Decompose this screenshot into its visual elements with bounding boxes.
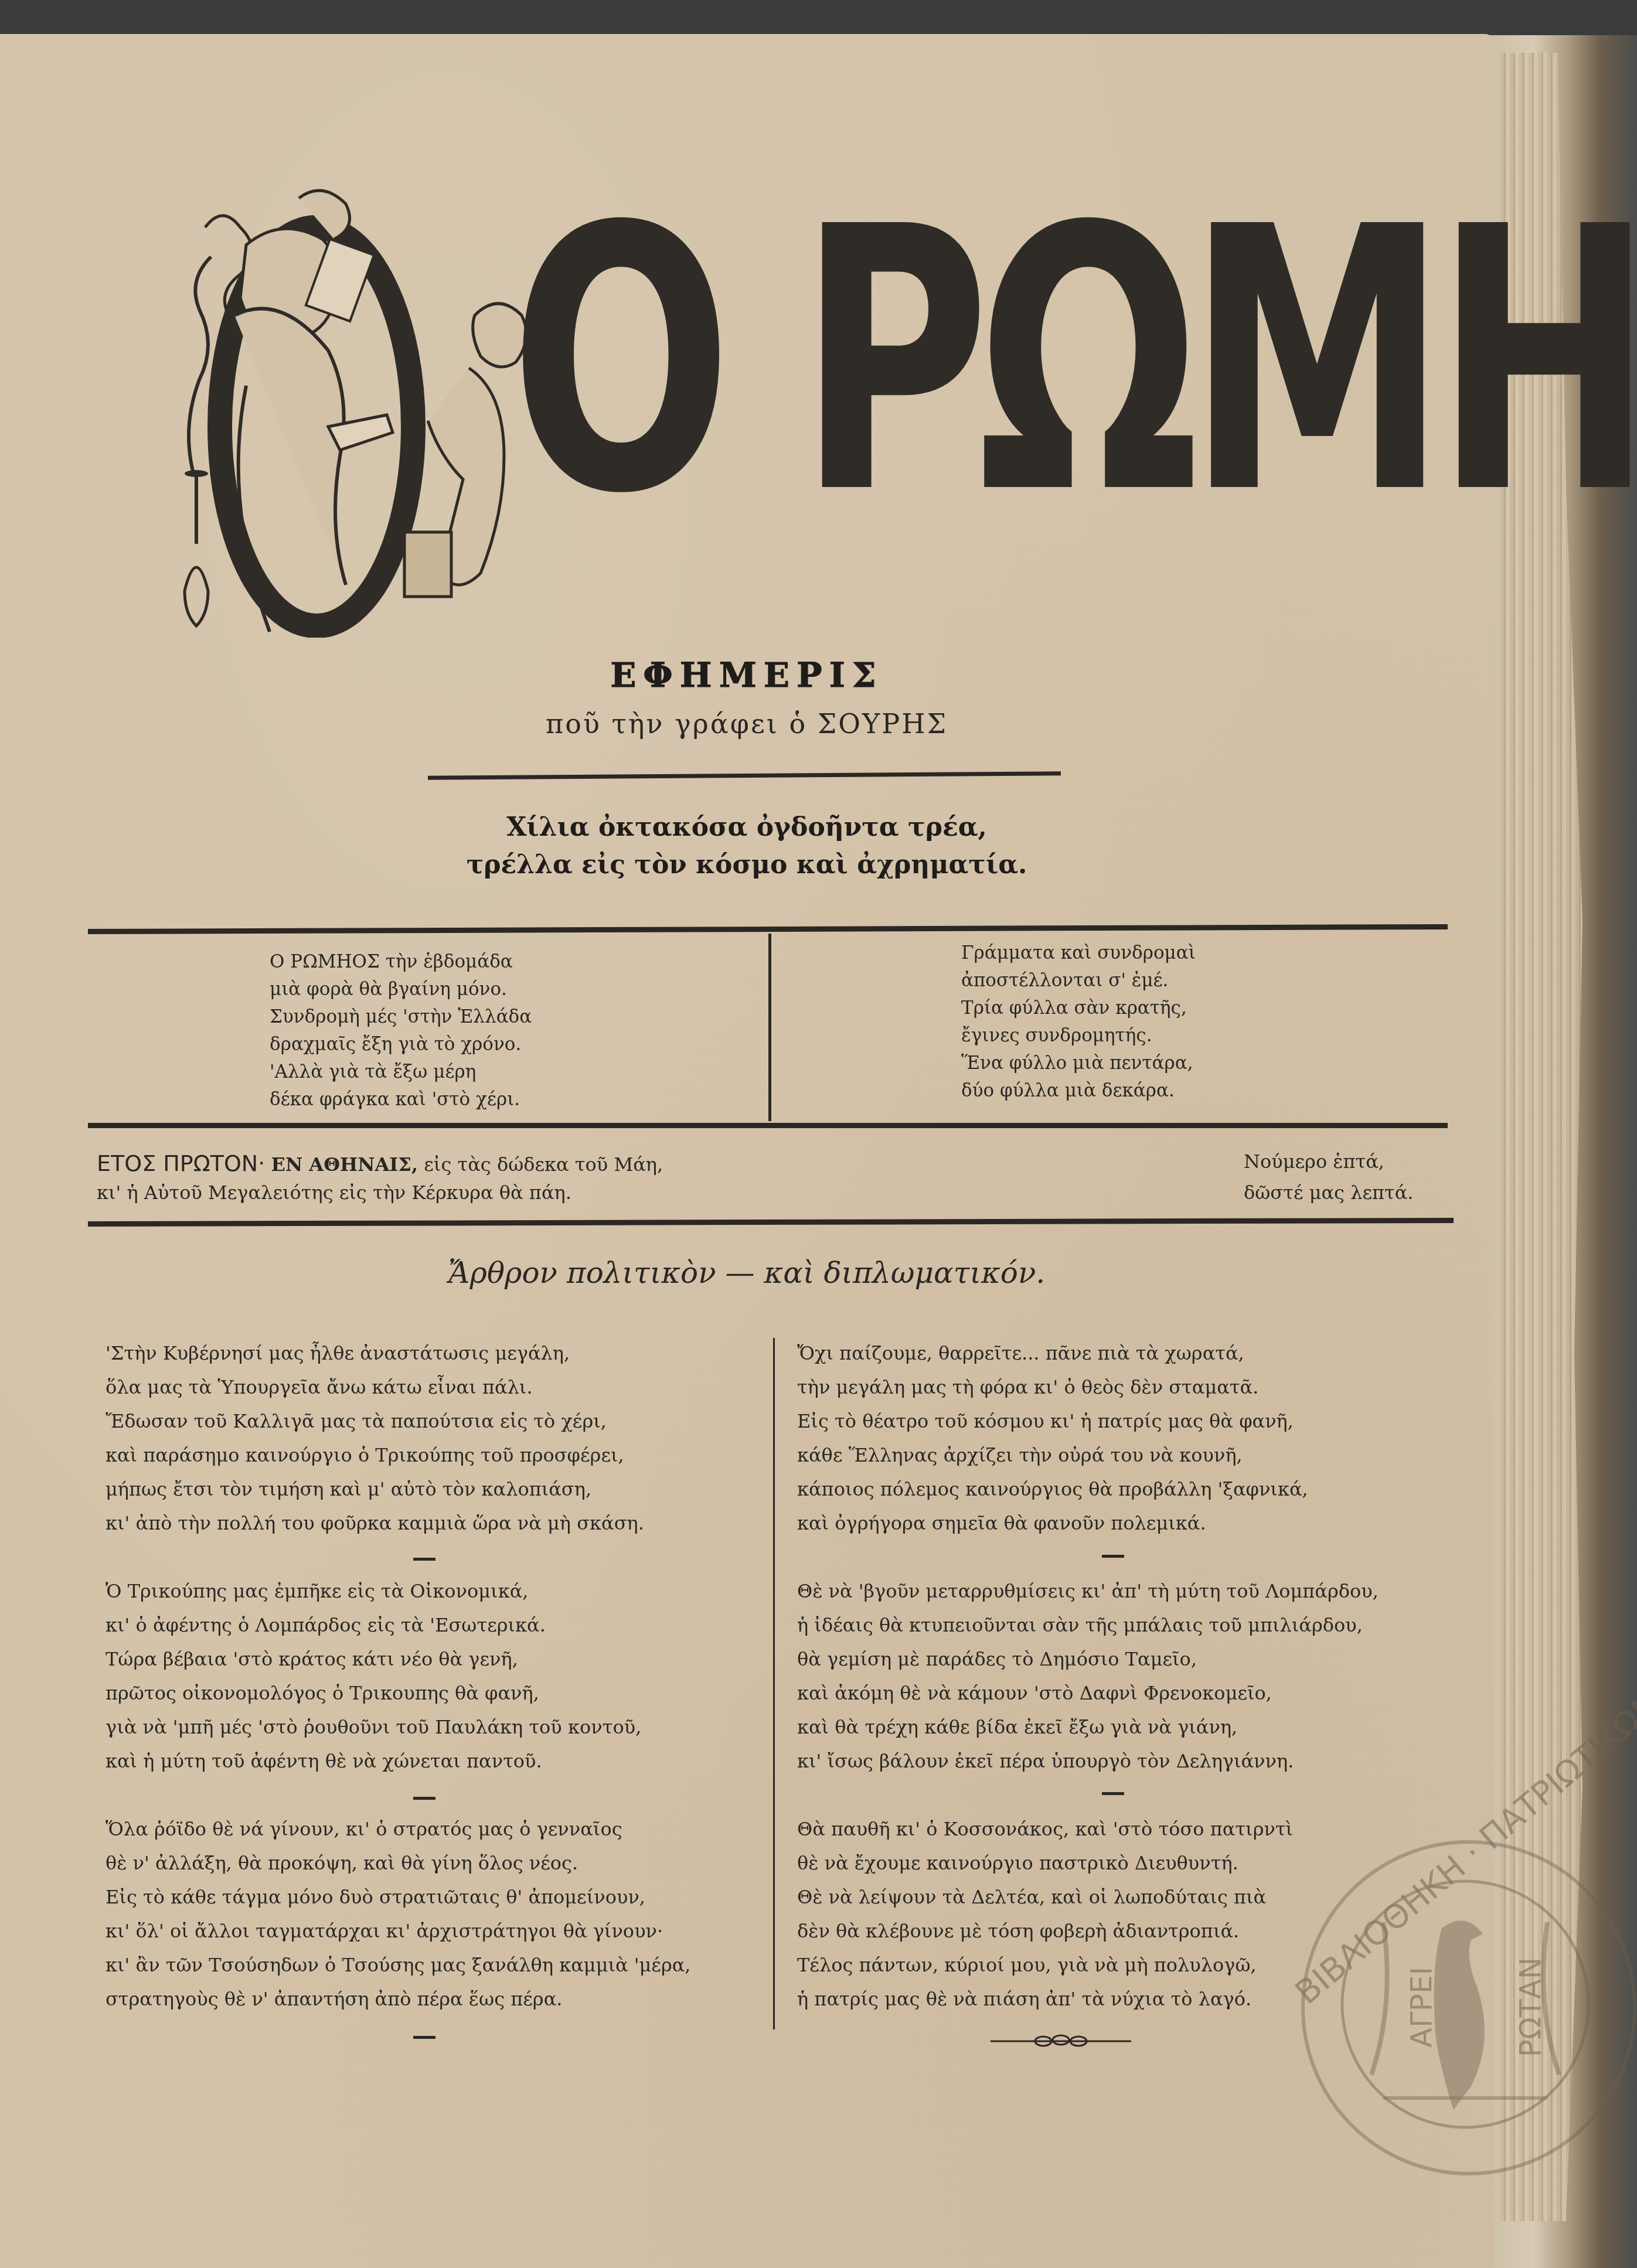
publication-type: ΕΦΗΜΕΡΙΣ	[0, 655, 1493, 695]
stanza-separator	[1102, 1792, 1124, 1795]
stanza-separator	[413, 1558, 435, 1561]
verse-line: δὲν θὰ κλέβουνε μὲ τόση φοβερὴ ἀδιαντροπ…	[797, 1914, 1379, 1948]
stanza-separator	[1102, 1555, 1124, 1558]
verse-line: Θὲ νὰ 'βγοῦν μεταρρυθμίσεις κι' ἀπ' τὴ μ…	[797, 1574, 1379, 1608]
issue-line-2: κι' ἡ Αὐτοῦ Μεγαλειότης εἰς τὴν Κέρκυρα …	[97, 1181, 571, 1204]
verse-line: Θὲ νὰ λείψουν τὰ Δελτέα, καὶ οἱ λωποδύτα…	[797, 1880, 1379, 1914]
verse-line: κι' ἴσως βάλουν ἐκεῖ πέρα ὑπουργὸ τὸν Δε…	[797, 1744, 1379, 1778]
newspaper-page: Ο ΡΩΜΗΟΣ ΕΦΗΜΕΡΙΣ ποῦ τὴν γράφει ὁ ΣΟΥΡΗ…	[0, 34, 1493, 2268]
correspondence-line: Ἕνα φύλλο μιὰ πεντάρα,	[961, 1050, 1196, 1077]
masthead-illustration-icon	[182, 181, 545, 638]
masthead-title: Ο ΡΩΜΗΟΣ	[510, 181, 1637, 544]
verse-line: Εἰς τὸ θέατρο τοῦ κόσμου κι' ἡ πατρίς μα…	[797, 1404, 1379, 1438]
header-bottom-rule	[88, 1218, 1454, 1227]
verse-line: καὶ παράσημο καινούργιο ὁ Τρικούπης τοῦ …	[105, 1438, 691, 1472]
correspondence-terms: Γράμματα καὶ συνδρομαὶ ἀποστέλλονται σ' …	[961, 939, 1196, 1105]
verse-line: Ὅλα ῥόϊδο θὲ νά γίνουν, κι' ὁ στρατός μα…	[105, 1812, 691, 1846]
verse-line: κι' ὅλ' οἱ ἄλλοι ταγματάρχαι κι' ἀρχιστρ…	[105, 1914, 691, 1948]
stanza-separator	[413, 2036, 435, 2039]
verse-line: 'Στὴν Κυβέρνησί μας ἦλθε ἀναστάτωσις μεγ…	[105, 1336, 691, 1370]
subscription-line: δέκα φράγκα καὶ 'στὸ χέρι.	[270, 1086, 532, 1113]
bird-emblem-icon	[1301, 1840, 1629, 2168]
verse-line: θὲ νὰ ἔχουμε καινούργιο παστρικὸ Διευθυν…	[797, 1846, 1379, 1880]
verse-line: γιὰ νὰ 'μπῆ μές 'στὸ ῥουθοῦνι τοῦ Παυλάκ…	[105, 1710, 691, 1744]
column-divider	[773, 1338, 775, 2029]
correspondence-line: Γράμματα καὶ συνδρομαὶ	[961, 939, 1196, 967]
subscription-line: δραχμαῖς ἔξη γιὰ τὸ χρόνο.	[270, 1031, 532, 1058]
divider-rule	[428, 771, 1061, 780]
box-center-divider	[768, 934, 771, 1121]
correspondence-line: ἔγινες συνδρομητής.	[961, 1022, 1196, 1050]
verse-line: Θὰ παυθῆ κι' ὁ Κοσσονάκος, καὶ 'στὸ τόσο…	[797, 1812, 1379, 1846]
motto-line-2: τρέλλα εἰς τὸν κόσμο καὶ ἀχρηματία.	[0, 850, 1493, 880]
subscription-line: Ο ΡΩΜΗΟΣ τὴν ἑβδομάδα	[270, 948, 532, 976]
stanza: Ὁ Τρικούπης μας ἐμπῆκε εἰς τὰ Οἰκονομικά…	[105, 1574, 691, 1778]
masthead: Ο ΡΩΜΗΟΣ	[182, 169, 1413, 638]
correspondence-line: δύο φύλλα μιὰ δεκάρα.	[961, 1077, 1196, 1105]
stamp-inner-left: ΑΓΡΕΙ	[1404, 1967, 1438, 2048]
verse-line: Εἰς τὸ κάθε τάγμα μόνο δυὸ στρατιῶταις θ…	[105, 1880, 691, 1914]
stamp-inner-right: ΡΩΤΑΝ	[1513, 1957, 1547, 2058]
place-label: ΕΝ ΑΘΗΝΑΙΣ,	[271, 1153, 418, 1176]
verse-line: Τέλος πάντων, κύριοί μου, γιὰ νὰ μὴ πολυ…	[797, 1948, 1379, 1982]
verse-line: θὲ ν' ἀλλάξη, θὰ προκόψη, καὶ θὰ γίνη ὅλ…	[105, 1846, 691, 1880]
scan-background-top	[0, 0, 1637, 35]
stanza: Ὅλα ῥόϊδο θὲ νά γίνουν, κι' ὁ στρατός μα…	[105, 1812, 691, 2016]
verse-line: θὰ γεμίση μὲ παράδες τὸ Δημόσιο Ταμεῖο,	[797, 1642, 1379, 1676]
article-left-column: 'Στὴν Κυβέρνησί μας ἦλθε ἀναστάτωσις μεγ…	[105, 1336, 691, 2050]
stanza-separator	[413, 1797, 435, 1800]
issue-date-line: ΕΤΟΣ ΠΡΩΤΟΝ· ΕΝ ΑΘΗΝΑΙΣ, εἰς τὰς δώδεκα …	[97, 1150, 663, 1176]
subscription-terms: Ο ΡΩΜΗΟΣ τὴν ἑβδομάδα μιὰ φορὰ θὰ βγαίνη…	[270, 948, 532, 1113]
library-stamp: ΑΓΡΕΙ ΡΩΤΑΝ ΒΙΒΛΙΟΘΗΚΗ · ΠΑΤΡΙΩΤΙΚΩΝ · Ν…	[1301, 1840, 1636, 2175]
subscription-line: μιὰ φορὰ θὰ βγαίνη μόνο.	[270, 976, 532, 1003]
verse-line: κι' ἂν τῶν Τσούσηδων ὁ Τσούσης μας ξανάλ…	[105, 1948, 691, 1982]
verse-line: μήπως ἔτσι τὸν τιμήση καὶ μ' αὐτὸ τὸν κα…	[105, 1472, 691, 1506]
verse-line: Ὁ Τρικούπης μας ἐμπῆκε εἰς τὰ Οἰκονομικά…	[105, 1574, 691, 1608]
motto-line-1: Χίλια ὀκτακόσα ὀγδοῆντα τρέα,	[0, 812, 1493, 842]
subscription-line: 'Αλλὰ γιὰ τὰ ἔξω μέρη	[270, 1058, 532, 1086]
box-top-rule	[88, 924, 1448, 934]
stanza: Θὲ νὰ 'βγοῦν μεταρρυθμίσεις κι' ἀπ' τὴ μ…	[797, 1574, 1379, 1778]
verse-line: Ἔδωσαν τοῦ Καλλιγᾶ μας τὰ παπούτσια εἰς …	[105, 1404, 691, 1438]
stanza: 'Στὴν Κυβέρνησί μας ἦλθε ἀναστάτωσις μεγ…	[105, 1336, 691, 1540]
issue-number: Νούμερο ἑπτά,	[1244, 1150, 1384, 1173]
verse-line: καὶ ὀγρήγορα σημεῖα θὰ φανοῦν πολεμικά.	[797, 1506, 1379, 1540]
verse-line: Τώρα βέβαια 'στὸ κράτος κάτι νέο θὰ γενῆ…	[105, 1642, 691, 1676]
verse-line: τὴν μεγάλη μας τὴ φόρα κι' ὁ θεὸς δὲν στ…	[797, 1370, 1379, 1404]
stanza: Ὄχι παίζουμε, θαρρεῖτε... πᾶνε πιὰ τὰ χω…	[797, 1336, 1379, 1540]
verse-line: ὅλα μας τὰ Ὑπουργεῖα ἄνω κάτω εἶναι πάλι…	[105, 1370, 691, 1404]
verse-line: ἡ ἰδέαις θὰ κτυπειοῦνται σὰν τῆς μπάλαις…	[797, 1608, 1379, 1642]
date-text: εἰς τὰς δώδεκα τοῦ Μάη,	[424, 1153, 663, 1176]
byline: ποῦ τὴν γράφει ὁ ΣΟΥΡΗΣ	[0, 708, 1493, 740]
subscription-line: Συνδρομὴ μές 'στὴν Ἑλλάδα	[270, 1003, 532, 1031]
verse-line: Ὄχι παίζουμε, θαρρεῖτε... πᾶνε πιὰ τὰ χω…	[797, 1336, 1379, 1370]
verse-line: κάποιος πόλεμος καινούργιος θὰ προβάλλη …	[797, 1472, 1379, 1506]
issue-price: δῶστέ μας λεπτά.	[1244, 1181, 1414, 1204]
article-title: Ἄρθρον πολιτικὸν — καὶ διπλωματικόν.	[0, 1256, 1493, 1290]
box-bottom-rule	[88, 1123, 1448, 1128]
correspondence-line: ἀποστέλλονται σ' ἐμέ.	[961, 967, 1196, 995]
closing-ornament-icon	[991, 2032, 1131, 2050]
verse-line: κι' ὁ ἀφέντης ὁ Λομπάρδος εἰς τὰ 'Εσωτερ…	[105, 1608, 691, 1642]
verse-line: πρῶτος οἰκονομολόγος ὁ Τρικουπης θὰ φανῆ…	[105, 1676, 691, 1710]
article-right-column: Ὄχι παίζουμε, θαρρεῖτε... πᾶνε πιὰ τὰ χω…	[797, 1336, 1379, 2050]
verse-line: κι' ἀπὸ τὴν πολλή του φοῦρκα καμμιὰ ὥρα …	[105, 1506, 691, 1540]
verse-line: καὶ ἡ μύτη τοῦ ἀφέντη θὲ νὰ χώνεται παντ…	[105, 1744, 691, 1778]
verse-line: καὶ θὰ τρέχη κάθε βίδα ἐκεῖ ἔξω γιὰ νὰ γ…	[797, 1710, 1379, 1744]
verse-line: καὶ ἀκόμη θὲ νὰ κάμουν 'στὸ Δαφνὶ Φρενοκ…	[797, 1676, 1379, 1710]
correspondence-line: Τρία φύλλα σὰν κρατῆς,	[961, 995, 1196, 1022]
verse-line: στρατηγοὺς θὲ ν' ἀπαντήση ἀπὸ πέρα ἕως π…	[105, 1982, 691, 2016]
year-label: ΕΤΟΣ ΠΡΩΤΟΝ·	[97, 1150, 265, 1176]
verse-line: κάθε Ἕλληνας ἀρχίζει τὴν οὐρά του νὰ κου…	[797, 1438, 1379, 1472]
